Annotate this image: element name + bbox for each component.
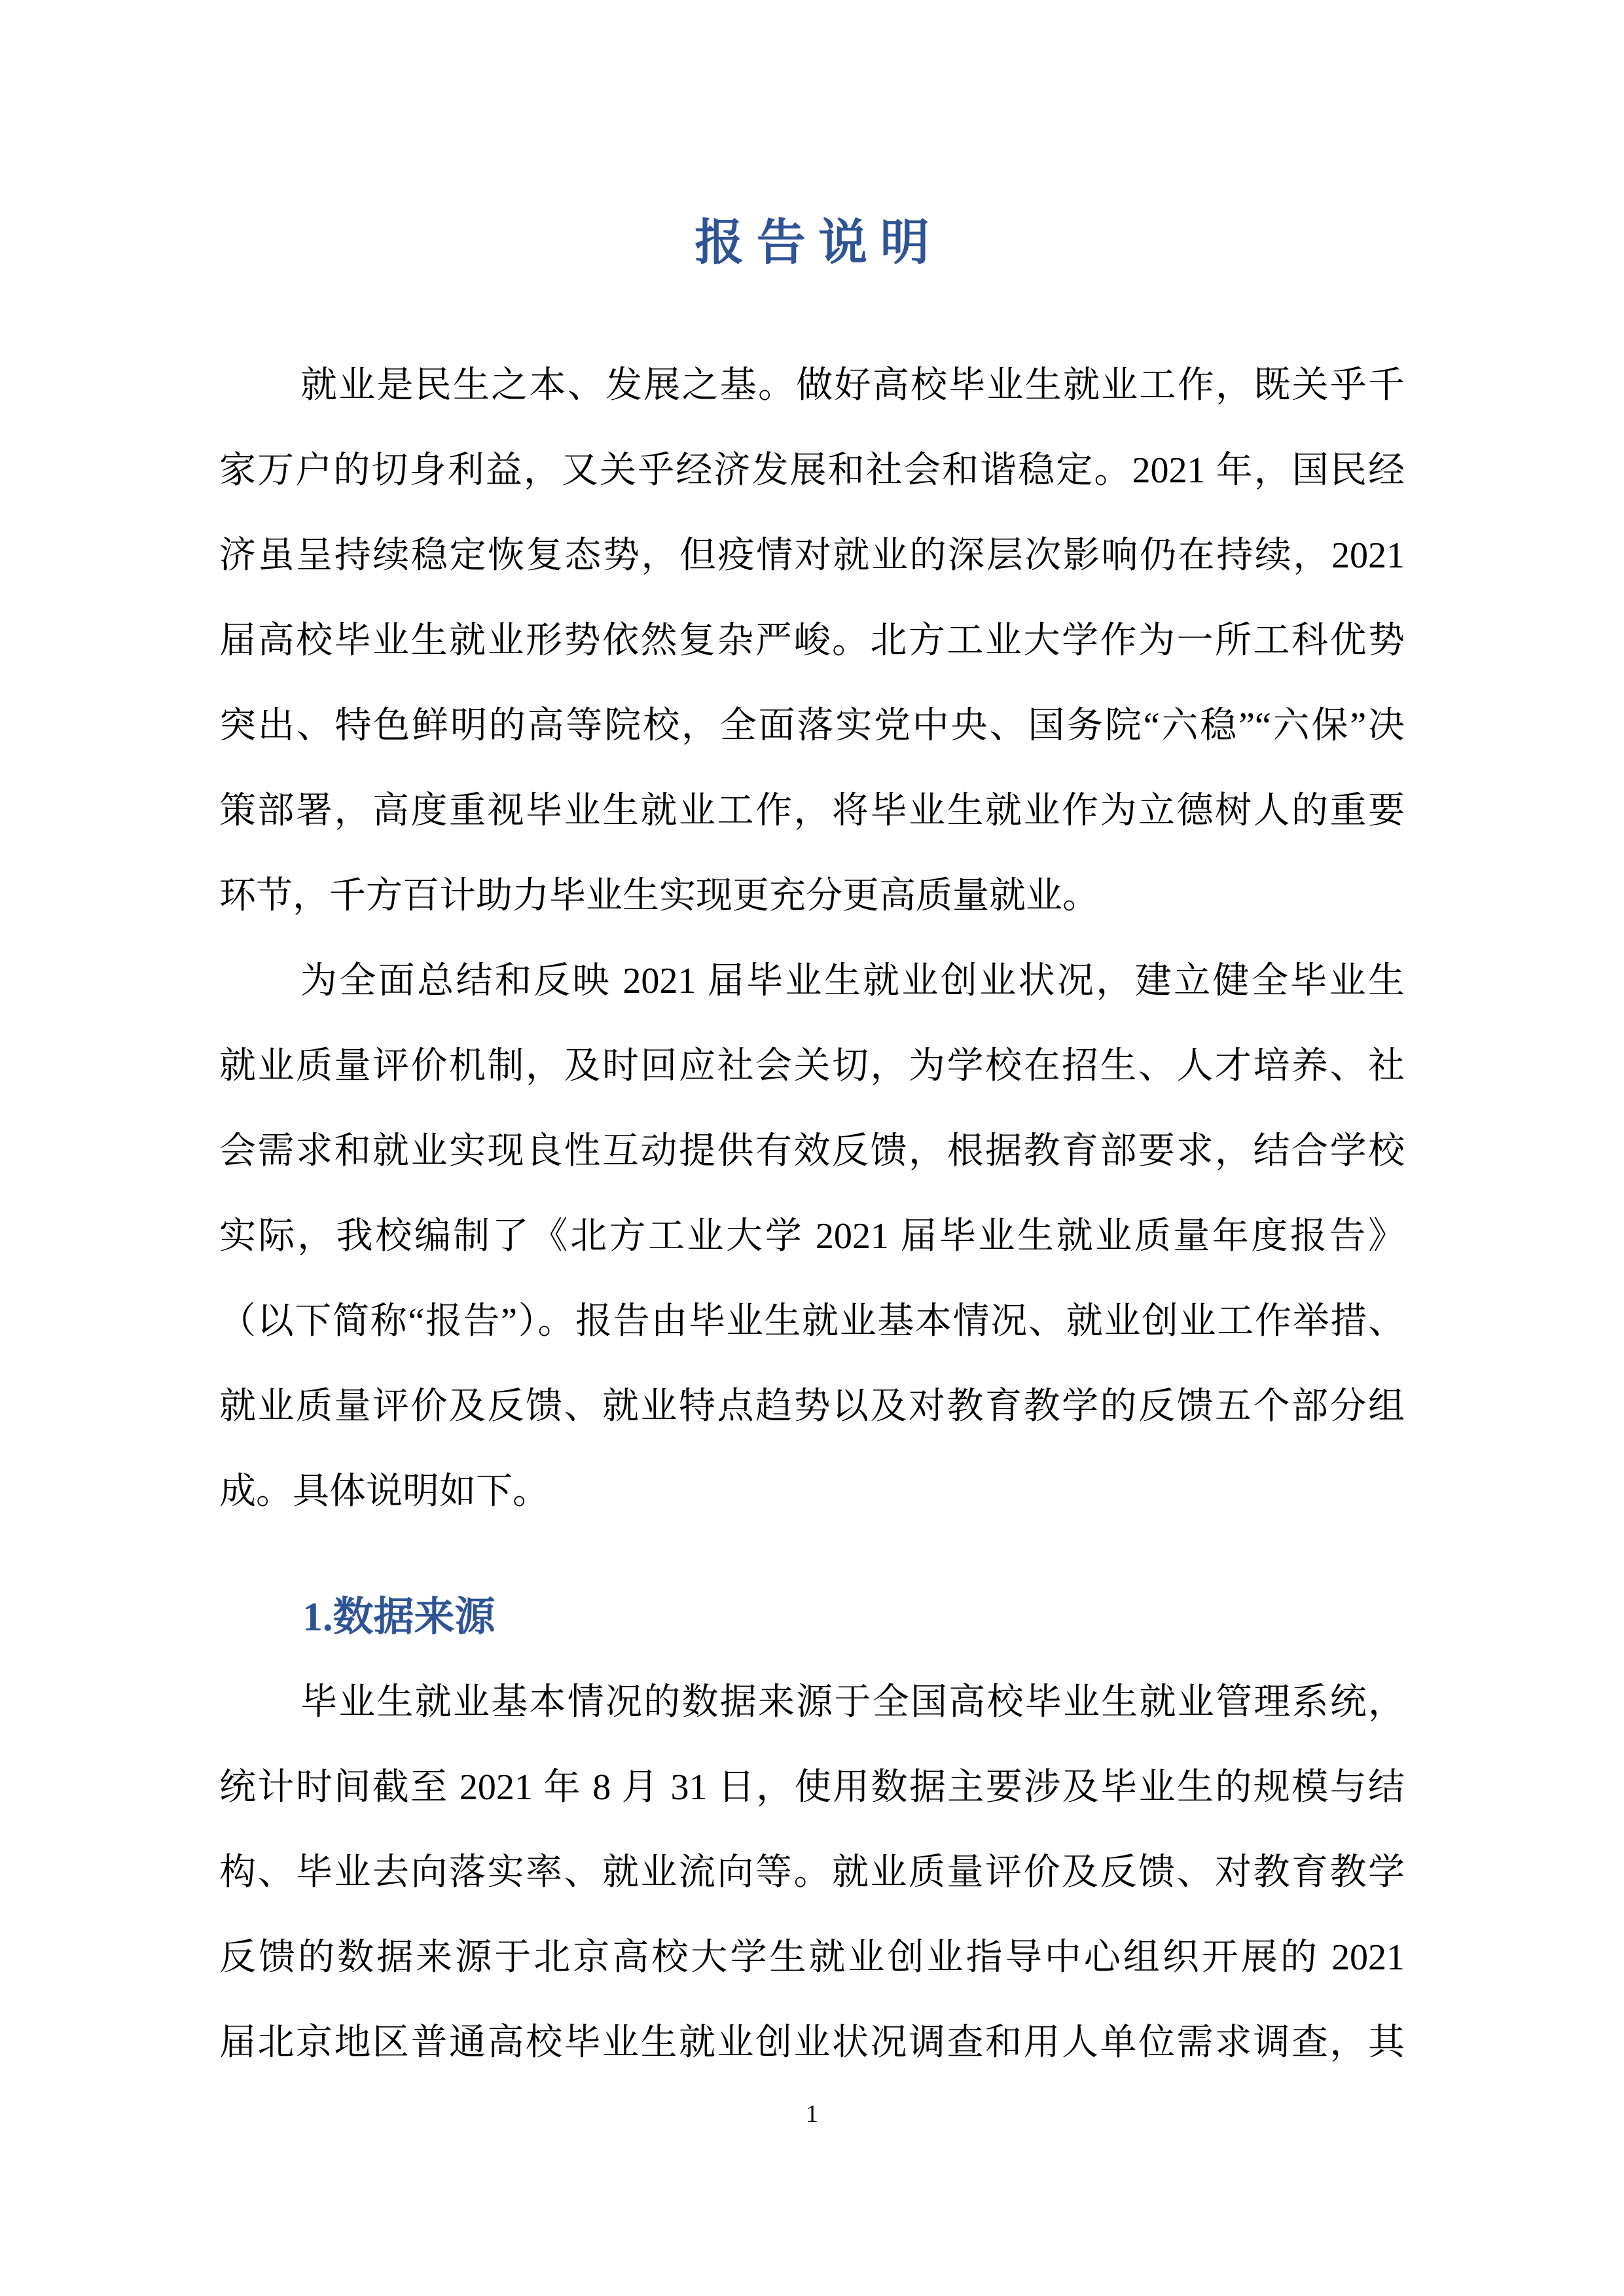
paragraph-3: 毕业生就业基本情况的数据来源于全国高校毕业生就业管理系统， 统计时间截至 202…	[219, 1660, 1405, 2085]
section-heading-data-source: 1.数据来源	[219, 1575, 1405, 1660]
body-line: 构、毕业去向落实率、就业流向等。就业质量评价及反馈、对教育教学	[219, 1830, 1405, 1915]
body-line: 家万户的切身利益，又关乎经济发展和社会和谐稳定。2021 年，国民经	[219, 428, 1405, 513]
body-line: 毕业生就业基本情况的数据来源于全国高校毕业生就业管理系统，	[219, 1660, 1405, 1745]
body-line: 实际，我校编制了《北方工业大学 2021 届毕业生就业质量年度报告》	[219, 1194, 1405, 1279]
body-line: 为全面总结和反映 2021 届毕业生就业创业状况，建立健全毕业生	[219, 939, 1405, 1024]
body-line: 策部署，高度重视毕业生就业工作，将毕业生就业作为立德树人的重要	[219, 768, 1405, 853]
page-title: 报告说明	[219, 201, 1405, 286]
page-number: 1	[0, 2094, 1624, 2134]
paragraph-1: 就业是民生之本、发展之基。做好高校毕业生就业工作，既关乎千 家万户的切身利益，又…	[219, 343, 1405, 939]
body-line: 统计时间截至 2021 年 8 月 31 日，使用数据主要涉及毕业生的规模与结	[219, 1745, 1405, 1830]
body-line: 就业是民生之本、发展之基。做好高校毕业生就业工作，既关乎千	[219, 343, 1405, 428]
body-line: 突出、特色鲜明的高等院校，全面落实党中央、国务院“六稳”“六保”决	[219, 683, 1405, 768]
body-line: 济虽呈持续稳定恢复态势，但疫情对就业的深层次影响仍在持续，2021	[219, 513, 1405, 598]
body-line: 会需求和就业实现良性互动提供有效反馈，根据教育部要求，结合学校	[219, 1109, 1405, 1194]
body-line: 届北京地区普通高校毕业生就业创业状况调查和用人单位需求调查，其	[219, 2000, 1405, 2085]
body-line: 反馈的数据来源于北京高校大学生就业创业指导中心组织开展的 2021	[219, 1915, 1405, 2000]
document-page: 报告说明 就业是民生之本、发展之基。做好高校毕业生就业工作，既关乎千 家万户的切…	[0, 0, 1624, 2296]
body-line: （以下简称“报告”）。报告由毕业生就业基本情况、就业创业工作举措、	[219, 1279, 1405, 1364]
paragraph-2: 为全面总结和反映 2021 届毕业生就业创业状况，建立健全毕业生 就业质量评价机…	[219, 939, 1405, 1534]
body-line: 就业质量评价及反馈、就业特点趋势以及对教育教学的反馈五个部分组	[219, 1364, 1405, 1449]
body-line: 就业质量评价机制，及时回应社会关切，为学校在招生、人才培养、社	[219, 1024, 1405, 1109]
body-line: 届高校毕业生就业形势依然复杂严峻。北方工业大学作为一所工科优势	[219, 598, 1405, 683]
body-line: 成。具体说明如下。	[219, 1449, 1405, 1534]
body-line: 环节，千方百计助力毕业生实现更充分更高质量就业。	[219, 853, 1405, 939]
